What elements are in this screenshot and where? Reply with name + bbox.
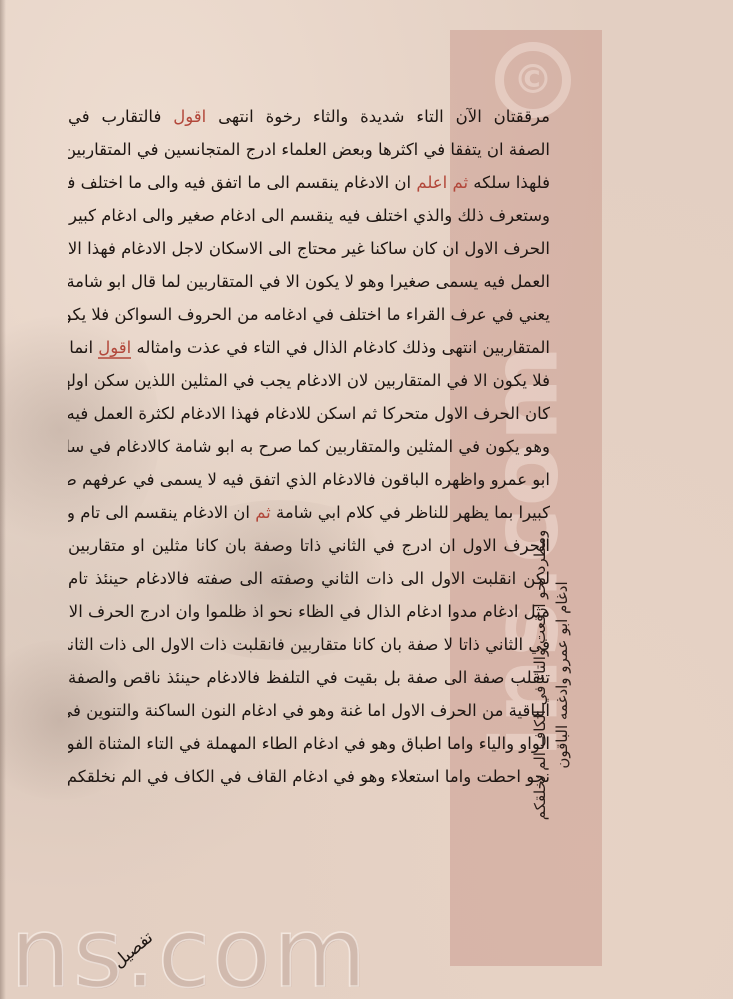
text-line: الصفة ان يتفقا في اكثرها وبعض العلماء اد… [68,133,550,166]
line-text: ابو عمرو واظهره الباقون فالادغام الذي ات… [68,470,550,489]
text-line: العمل فيه يسمى صغيرا وهو لا يكون الا في … [68,265,550,298]
line-text: فلهذا سلكه [468,173,550,192]
line-text: يعني في عرف القراء ما اختلف في ادغامه من… [68,305,550,324]
line-text: المتقاربين انتهى وذلك كادغام الذال في ال… [131,338,550,357]
rubric-word: ثم [255,503,271,522]
line-text: الصفة ان يتفقا في اكثرها وبعض العلماء اد… [68,140,550,159]
line-text: فلا يكون الا في المتقاربين لان الادغام ي… [68,371,550,390]
text-line: الواو والياء واما اطباق وهو في ادغام الط… [68,727,550,760]
line-text: ان الادغام ينقسم الى تام وناقص لان [68,503,255,522]
text-line: كبيرا بما يظهر للناظر في كلام ابي شامة ث… [68,496,550,529]
text-line: وهو يكون في المثلين والمتقاربين كما صرح … [68,430,550,463]
text-line: المتقاربين انتهى وذلك كادغام الذال في ال… [68,331,550,364]
line-text: مرققتان الآن التاء شديدة والثاء رخوة انت… [206,107,550,126]
line-text: فالتقارب في [68,107,173,126]
text-line: وستعرف ذلك والذي اختلف فيه ينقسم الى ادغ… [68,199,550,232]
manuscript-page: © ins.com ns.com مرققتان الآن التاء شديد… [0,0,733,999]
marginal-note-line: ادغام ابو عمرو وادغمه الباقون [551,530,573,820]
line-text: كبيرا بما يظهر للناظر في كلام ابي شامة [271,503,550,522]
marginal-note-line: ومطرد نحو ارقعت والتاء في الكاف الم نخلق… [529,530,551,820]
text-line: نحو احطت واما استعلاء وهو في ادغام القاف… [68,760,550,793]
text-line: مرققتان الآن التاء شديدة والثاء رخوة انت… [68,100,550,133]
text-line: مثل ادغام مدوا ادغام الذال في الظاء نحو … [68,595,550,628]
rubric-word: اقول [173,107,206,126]
line-text: العمل فيه يسمى صغيرا وهو لا يكون الا في … [68,272,550,291]
line-text: كان الحرف الاول متحركا ثم اسكن للادغام ف… [68,404,550,423]
line-text: تنقلب صفة الى صفة بل بقيت في التلفظ فالا… [68,668,550,687]
rubric-word: ثم اعلم [416,173,468,192]
line-text: لكن انقلبت الاول الى ذات الثاني وصفته ال… [68,569,550,588]
line-text: الواو والياء واما اطباق وهو في ادغام الط… [68,734,550,753]
text-line: يعني في عرف القراء ما اختلف في ادغامه من… [68,298,550,331]
text-line: تنقلب صفة الى صفة بل بقيت في التلفظ فالا… [68,661,550,694]
line-text: انما قال [68,338,98,357]
line-text: الحرف الاول ان كان ساكنا غير محتاج الى ا… [68,239,550,258]
line-text: وستعرف ذلك والذي اختلف فيه ينقسم الى ادغ… [68,206,550,225]
text-line: الحرف الاول ان كان ساكنا غير محتاج الى ا… [68,232,550,265]
text-line: ابو عمرو واظهره الباقون فالادغام الذي ات… [68,463,550,496]
line-text: مثل ادغام مدوا ادغام الذال في الظاء نحو … [68,602,550,621]
marginal-note: ومطرد نحو ارقعت والتاء في الكاف الم نخلق… [516,480,586,870]
watermark-bottom-text: ns.com [10,905,368,999]
manuscript-text-block: مرققتان الآن التاء شديدة والثاء رخوة انت… [68,100,550,793]
line-text: نحو احطت واما استعلاء وهو في ادغام القاف… [68,767,550,786]
copyright-symbol: © [513,57,553,103]
line-text: الحرف الاول ان ادرج في الثاني ذاتا وصفة … [68,536,550,555]
rubric-word-underlined: اقول [98,338,131,359]
line-text: الباقية من الحرف الاول اما غنة وهو في اد… [68,701,550,720]
text-line: لكن انقلبت الاول الى ذات الثاني وصفته ال… [68,562,550,595]
line-text: في الثاني ذاتا لا صفة بان كانا متقاربين … [68,635,550,654]
text-line: في الثاني ذاتا لا صفة بان كانا متقاربين … [68,628,550,661]
line-text: ان الادغام ينقسم الى ما اتفق فيه والى ما… [68,173,416,192]
text-line: الحرف الاول ان ادرج في الثاني ذاتا وصفة … [68,529,550,562]
text-line: فلا يكون الا في المتقاربين لان الادغام ي… [68,364,550,397]
line-text: وهو يكون في المثلين والمتقاربين كما صرح … [68,437,550,456]
text-line: كان الحرف الاول متحركا ثم اسكن للادغام ف… [68,397,550,430]
text-line: الباقية من الحرف الاول اما غنة وهو في اد… [68,694,550,727]
text-line: فلهذا سلكه ثم اعلم ان الادغام ينقسم الى … [68,166,550,199]
